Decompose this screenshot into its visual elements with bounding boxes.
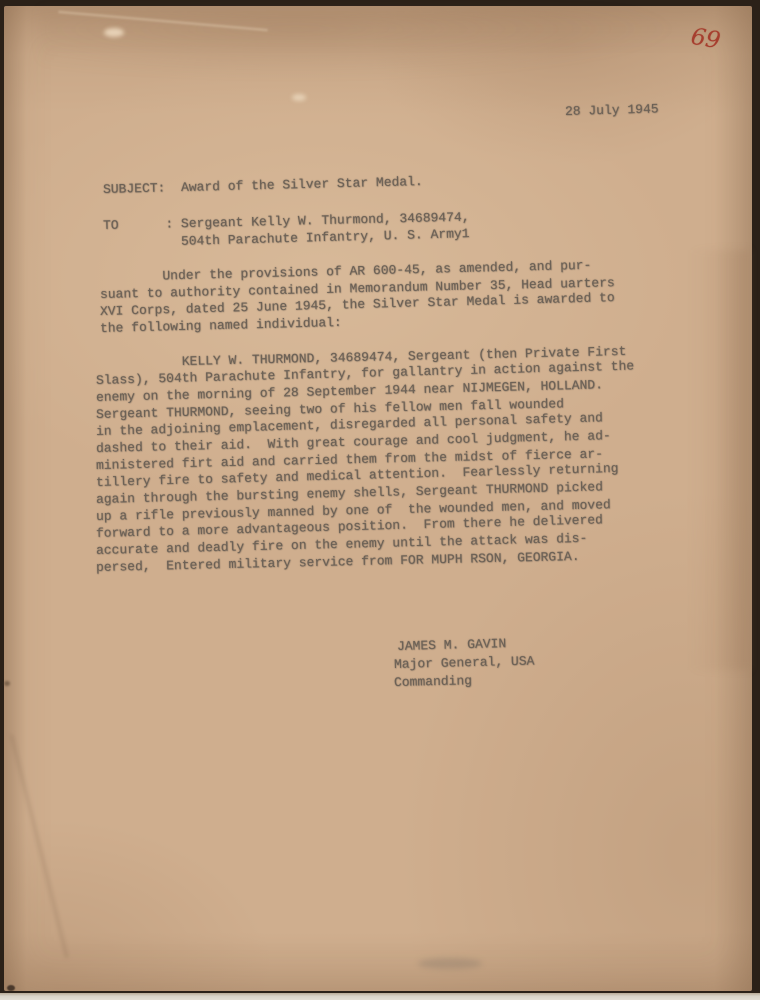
handwritten-page-number: 69 — [689, 24, 722, 55]
scanner-bed-strip — [0, 993, 760, 1000]
signature-role-line: Commanding — [394, 673, 472, 691]
signature-name-line: JAMES M. GAVIN — [397, 636, 507, 655]
scanned-document: 28 July 1945SUBJECT: Award of the Silver… — [0, 0, 760, 1000]
date-line: 28 July 1945 — [565, 101, 659, 120]
